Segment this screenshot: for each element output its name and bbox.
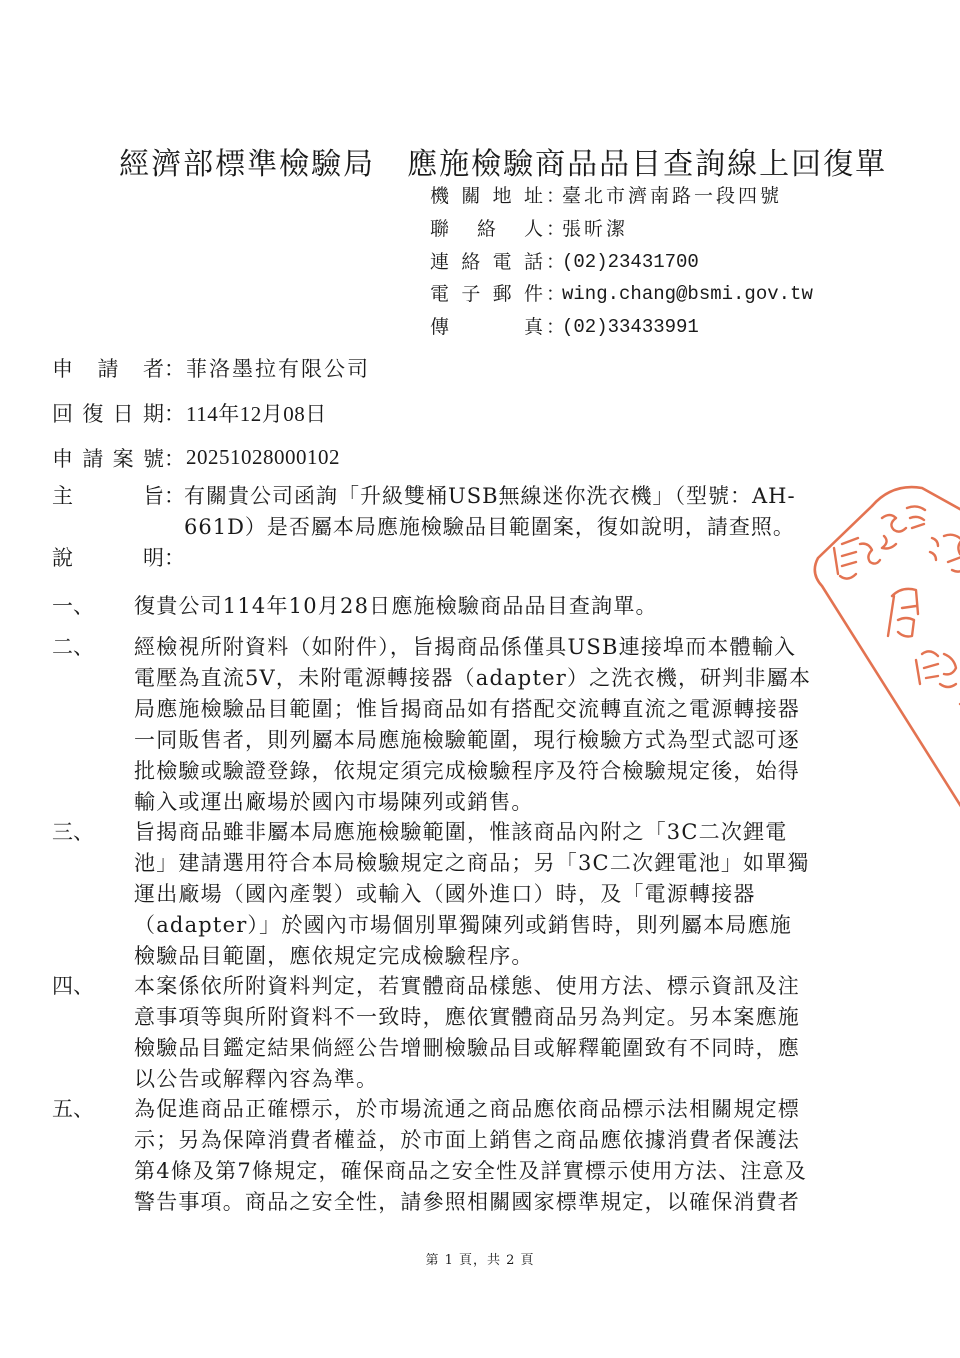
item-line: 旨揭商品雖非屬本局應施檢驗範圍，惟該商品內附之「3C二次鋰電 [134, 817, 912, 848]
item-text: 為促進商品正確標示，於市場流通之商品應依商品標示法相關規定標 示；另為保障消費者… [134, 1094, 912, 1218]
subject-section: 主 旨 ： 有關貴公司函詢「升級雙桶USB無線迷你洗衣機」（型號：AH- 661… [52, 481, 912, 543]
explanation-label: 說 明 [52, 542, 164, 572]
contact-email-label: 電子郵件 [430, 278, 546, 311]
agency-contact-block: 機關地址：臺北市濟南路一段四號 聯絡人：張昕潔 連絡電話：(02)2343170… [430, 180, 813, 344]
contact-phone-value: (02)23431700 [562, 246, 699, 279]
explanation-item-5: 五、 為促進商品正確標示，於市場流通之商品應依商品標示法相關規定標 示；另為保障… [52, 1094, 912, 1218]
subject-label: 主 旨 [52, 481, 164, 512]
applicant-name-value: 菲洛墨拉有限公司 [186, 353, 370, 383]
contact-phone-label: 連絡電話 [430, 246, 546, 279]
item-number: 一、 [52, 591, 122, 622]
subject-text: 有關貴公司函詢「升級雙桶USB無線迷你洗衣機」（型號：AH- 661D）是否屬本… [184, 481, 912, 543]
contact-address-label: 機關地址 [430, 180, 546, 213]
item-line: 電壓為直流5V，未附電源轉接器（adapter）之洗衣機，研判非屬本 [134, 663, 912, 694]
item-text: 經檢視所附資料（如附件），旨揭商品係僅具USB連接埠而本體輸入 電壓為直流5V，… [134, 632, 912, 818]
item-line: （adapter）」於國內市場個別單獨陳列或銷售時，則列屬本局應施 [134, 910, 912, 941]
case-number-row: 申請案號：20251028000102 [52, 435, 370, 480]
contact-email-row: 電子郵件：wing.chang@bsmi.gov.tw [430, 278, 813, 311]
item-line: 一同販售者，則列屬本局應施檢驗範圍，現行檢驗方式為型式認可逐 [134, 725, 912, 756]
explanation-item-3: 三、 旨揭商品雖非屬本局應施檢驗範圍，惟該商品內附之「3C二次鋰電 池」建請選用… [52, 817, 912, 972]
contact-fax-label: 傳真 [430, 311, 546, 344]
item-line: 經檢視所附資料（如附件），旨揭商品係僅具USB連接埠而本體輸入 [134, 632, 912, 663]
item-text: 旨揭商品雖非屬本局應施檢驗範圍，惟該商品內附之「3C二次鋰電 池」建請選用符合本… [134, 817, 912, 972]
colon: ： [164, 443, 186, 473]
item-line: 檢驗品目範圍，應依規定完成檢驗程序。 [134, 941, 912, 972]
page-footer: 第 1 頁，共 2 頁 [0, 1249, 960, 1268]
colon: ： [546, 246, 562, 279]
colon: ： [164, 542, 185, 572]
item-line: 池」建請選用符合本局檢驗規定之商品；另「3C二次鋰電池」如單獨 [134, 848, 912, 879]
title-organization: 經濟部標準檢驗局 [119, 147, 375, 182]
contact-address-row: 機關地址：臺北市濟南路一段四號 [430, 180, 813, 213]
contact-person-value: 張昕潔 [562, 213, 628, 246]
case-number-value: 20251028000102 [186, 445, 340, 470]
item-number: 三、 [52, 817, 122, 848]
applicant-info-block: 申請者：菲洛墨拉有限公司 回復日期：114年12月08日 申請案號：202510… [52, 345, 370, 480]
colon: ： [164, 353, 186, 383]
explanation-item-4: 四、 本案係依所附資料判定，若實體商品樣態、使用方法、標示資訊及注 意事項等與所… [52, 971, 912, 1095]
item-line: 局應施檢驗品目範圍；惟旨揭商品如有搭配交流轉直流之電源轉接器 [134, 694, 912, 725]
contact-person-label: 聯絡人 [430, 213, 546, 246]
reply-date-label: 回復日期 [52, 398, 164, 428]
contact-fax-value: (02)33433991 [562, 311, 699, 344]
item-line: 第4條及第7條規定，確保商品之安全性及詳實標示使用方法、注意及 [134, 1156, 912, 1187]
reply-date-value: 114年12月08日 [186, 398, 327, 428]
contact-phone-row: 連絡電話：(02)23431700 [430, 246, 813, 279]
contact-person-row: 聯絡人：張昕潔 [430, 213, 813, 246]
colon: ： [164, 481, 185, 512]
title-spacer [375, 147, 407, 182]
case-number-label: 申請案號 [52, 443, 164, 473]
title-document-name: 應施檢驗商品品目查詢線上回復單 [407, 147, 887, 182]
subject-label-char: 旨 [143, 481, 164, 512]
item-line: 輸入或運出廠場於國內市場陳列或銷售。 [134, 787, 912, 818]
colon: ： [164, 398, 186, 428]
item-line: 示；另為保障消費者權益，於市面上銷售之商品應依據消費者保護法 [134, 1125, 912, 1156]
item-line: 運出廠場（國內產製）或輸入（國外進口）時，及「電源轉接器 [134, 879, 912, 910]
colon: ： [546, 180, 562, 213]
explanation-item-2: 二、 經檢視所附資料（如附件），旨揭商品係僅具USB連接埠而本體輸入 電壓為直流… [52, 632, 912, 818]
item-number: 四、 [52, 971, 122, 1002]
colon: ： [546, 311, 562, 344]
item-number: 二、 [52, 632, 122, 663]
item-line: 復貴公司114年10月28日應施檢驗商品品目查詢單。 [134, 591, 912, 622]
item-line: 本案係依所附資料判定，若實體商品樣態、使用方法、標示資訊及注 [134, 971, 912, 1002]
subject-label-char: 主 [52, 481, 73, 512]
contact-email-value[interactable]: wing.chang@bsmi.gov.tw [562, 278, 813, 311]
explanation-label-char: 說 [52, 542, 73, 572]
item-text: 本案係依所附資料判定，若實體商品樣態、使用方法、標示資訊及注 意事項等與所附資料… [134, 971, 912, 1095]
item-line: 以公告或解釋內容為準。 [134, 1064, 912, 1095]
item-line: 為促進商品正確標示，於市場流通之商品應依商品標示法相關規定標 [134, 1094, 912, 1125]
colon: ： [546, 278, 562, 311]
item-text: 復貴公司114年10月28日應施檢驗商品品目查詢單。 [134, 591, 912, 622]
subject-line: 有關貴公司函詢「升級雙桶USB無線迷你洗衣機」（型號：AH- [184, 481, 912, 512]
explanation-items: 一、 復貴公司114年10月28日應施檢驗商品品目查詢單。 二、 經檢視所附資料… [52, 591, 912, 1227]
contact-fax-row: 傳真：(02)33433991 [430, 311, 813, 344]
item-line: 警告事項。商品之安全性，請參照相關國家標準規定，以確保消費者 [134, 1187, 912, 1218]
applicant-name-row: 申請者：菲洛墨拉有限公司 [52, 345, 370, 390]
applicant-name-label: 申請者 [52, 353, 164, 383]
subject-line: 661D）是否屬本局應施檢驗品目範圍案，復如說明，請查照。 [184, 512, 912, 543]
explanation-item-1: 一、 復貴公司114年10月28日應施檢驗商品品目查詢單。 [52, 591, 912, 622]
item-line: 批檢驗或驗證登錄，依規定須完成檢驗程序及符合檢驗規定後，始得 [134, 756, 912, 787]
item-line: 檢驗品目鑑定結果倘經公告增刪檢驗品目或解釋範圍致有不同時，應 [134, 1033, 912, 1064]
contact-address-value: 臺北市濟南路一段四號 [562, 180, 782, 213]
reply-date-row: 回復日期：114年12月08日 [52, 390, 370, 435]
explanation-label-char: 明 [143, 542, 164, 572]
colon: ： [546, 213, 562, 246]
item-line: 意事項等與所附資料不一致時，應依實體商品另為判定。另本案應施 [134, 1002, 912, 1033]
item-number: 五、 [52, 1094, 122, 1125]
